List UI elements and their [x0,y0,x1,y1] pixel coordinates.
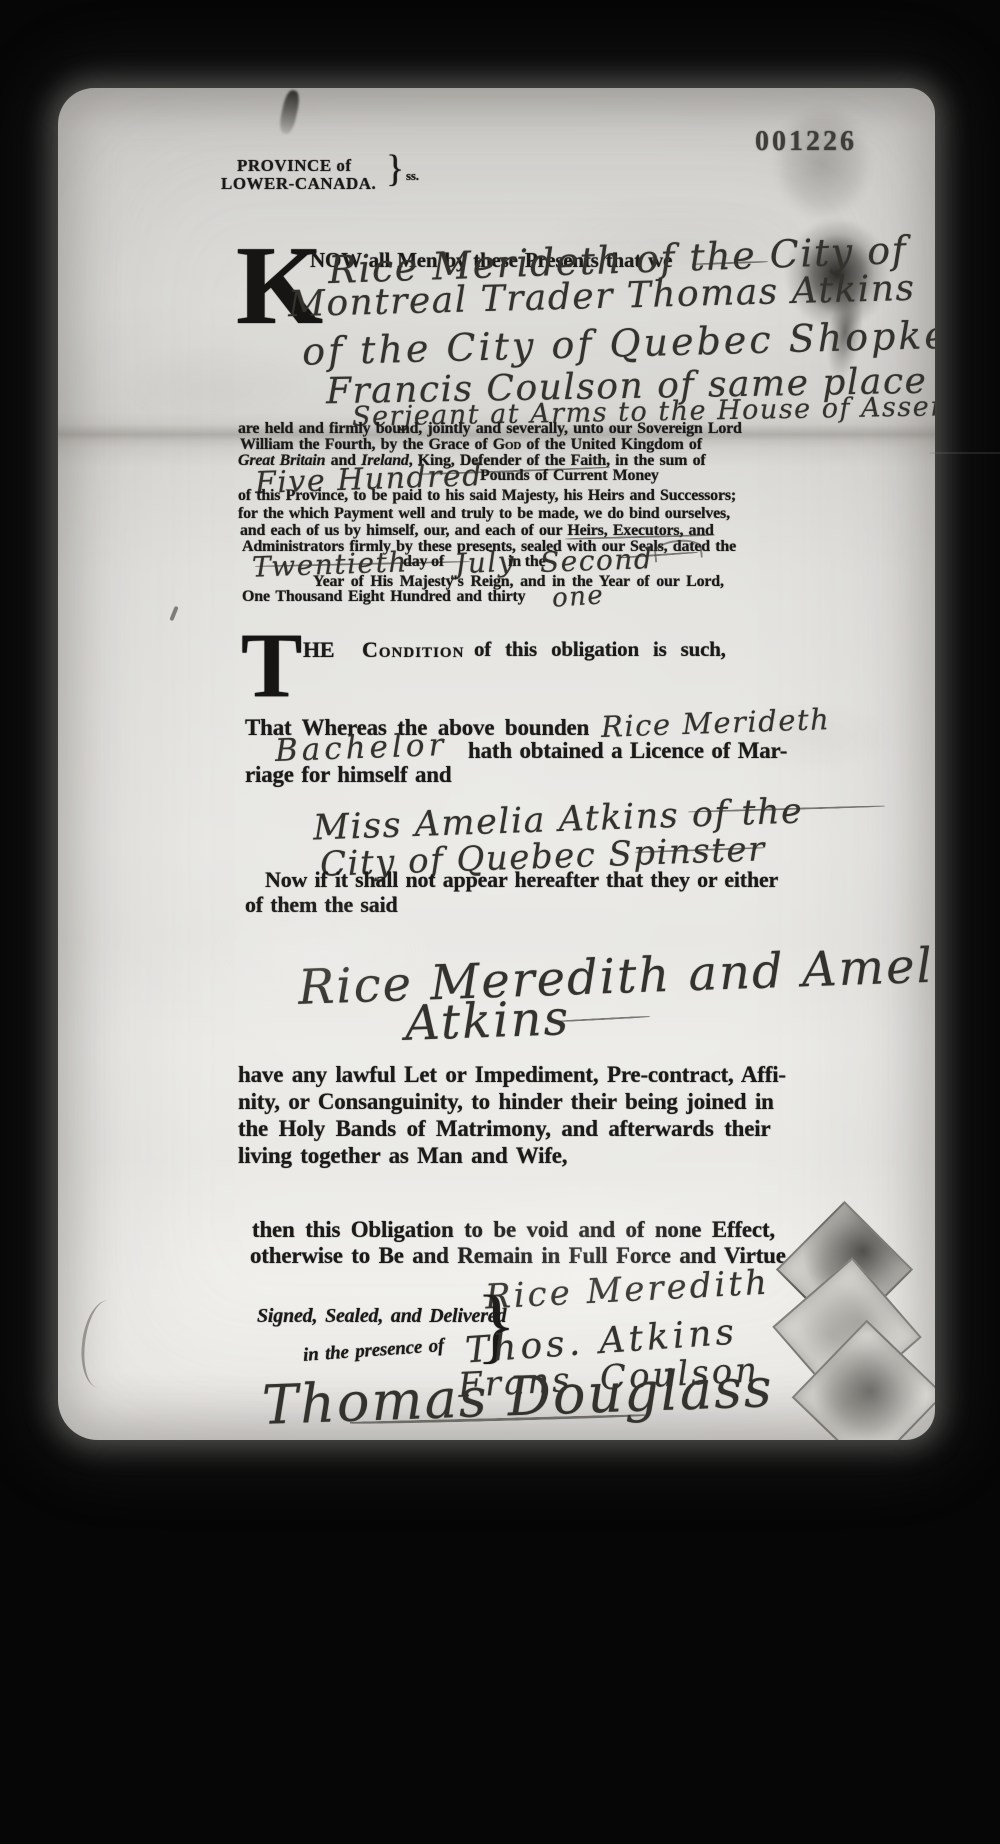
dropcap-t: T [241,633,302,697]
header-province-line1: PROVINCE of [237,156,352,176]
stamp-number: 001226 [755,126,857,158]
signature-witness: Thomas Douglass [261,1356,775,1437]
bond-line2-pre: William the Fourth, by the Grace of [240,436,493,453]
condition-word: Condition [362,637,464,663]
whereas-line2: hath obtained a Licence of Mar- [468,738,787,764]
signature-groom: Rice Meredith [484,1263,771,1318]
bond-line6: for the which Payment well and truly to … [238,505,730,523]
attestation-line2: in the presence of [302,1335,444,1367]
scanner-scratch [930,452,1000,454]
whereas-line3: riage for himself and [245,762,451,788]
ink-smudge-top [758,88,888,238]
bond-line2-post: of the United Kingdom of [521,436,702,453]
impediment-line1: have any lawful Let or Impediment, Pre-c… [238,1062,786,1088]
margin-ink-dash [169,606,178,621]
header-brace: } [386,152,404,186]
bond-line5: of this Province, to be paid to his said… [238,487,736,505]
impediment-line2: nity, or Consanguinity, to hinder their … [238,1089,774,1115]
bond-line2-god: God [493,436,521,453]
impediment-line3: the Holy Bands of Matrimony, and afterwa… [238,1116,770,1142]
header-province-line2: LOWER-CANADA. [221,174,376,194]
now-line1: Now if it shall not appear hereafter tha… [265,867,778,893]
attestation-line1: Signed, Sealed, and Delivered [257,1305,506,1328]
header-jurat: ss. [406,168,419,184]
scanned-document-page: 001226 PROVINCE of LOWER-CANADA. } ss. K… [0,0,1000,1844]
bond-line4-right: Pounds of Current Money [480,467,659,485]
handwritten-year-suffix: one [551,580,605,614]
condition-he: HE [303,637,334,663]
closing-line1: then this Obligation to be void and of n… [252,1217,775,1243]
handwritten-couple-line2: Atkins [404,990,571,1052]
condition-rest: of this obligation is such, [474,637,726,662]
margin-pen-arc [78,1298,130,1390]
bond-line10: One Thousand Eight Hundred and thirty [242,588,525,606]
bond-day-label: day of [403,553,444,571]
impediment-line4: living together as Man and Wife, [238,1143,567,1169]
now-line2: of them the said [245,892,398,918]
handwritten-couple-line1: Rice Meredith and Amelia [297,936,935,1016]
document-paper: 001226 PROVINCE of LOWER-CANADA. } ss. K… [58,88,935,1440]
edge-ink-streak [278,89,302,135]
